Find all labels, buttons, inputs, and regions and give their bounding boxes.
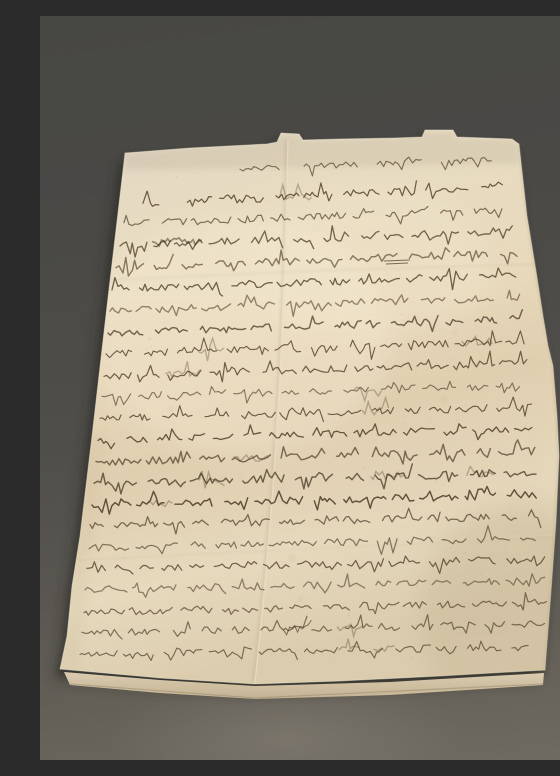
letter-photo: Handwritten cursive letter in sepia ink … (40, 16, 560, 760)
letter-scene (40, 16, 560, 760)
